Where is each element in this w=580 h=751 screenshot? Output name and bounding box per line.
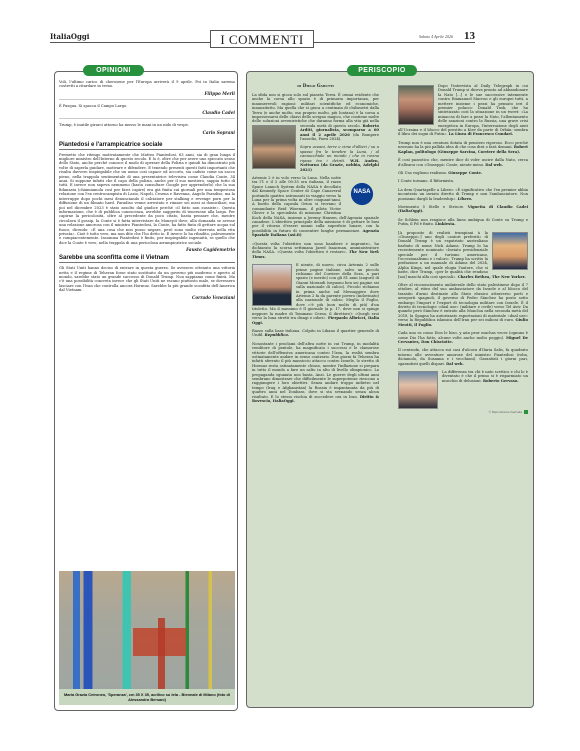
article-heading: Sarebbe una sconfitta come il Vietnam: [59, 255, 235, 263]
quote-item: Gli Usa vogliono realismo. Giuseppe Cont…: [398, 171, 528, 175]
opinioni-tab: OPINIONI: [83, 65, 144, 76]
quote-item: La differenza tra chi è nato scettico e …: [398, 370, 528, 383]
opinion-text: È Pasqua. Si spacca il Campo Largo.: [59, 104, 235, 108]
opinion-author: Carlo Soprani: [59, 130, 235, 135]
quote-item: NASA Artemis 2 è in volo verso la Luna. …: [252, 176, 379, 238]
copyright-notice: © Riproduzione riservata: [398, 410, 528, 414]
opinion-item: Voli, l'ultimo carico di cherosene per l…: [59, 80, 235, 100]
article-author: Fausto Cagidemetrio: [59, 247, 235, 252]
opinion-item: È Pasqua. Si spacca il Campo Largo. Clau…: [59, 104, 235, 119]
page-number: 13: [462, 30, 475, 42]
photo-trump: [492, 232, 528, 270]
quote-item: I Conte tornano. il Riformista.: [398, 179, 528, 183]
author-photo-arditi: [252, 125, 296, 169]
quote-item: La dem Quartapelle a Libero: «È signific…: [398, 188, 528, 201]
periscopio-panel: di Diego Gabutti La sfida non si gioca s…: [246, 71, 534, 708]
quote-item: Cada uno es como Dios le hizo, y aún peo…: [398, 331, 528, 344]
article-heading: Piantedosi e l'arrampicatrice sociale: [59, 142, 235, 150]
article-body: Premetto che ritengo motivatamente che M…: [59, 153, 235, 246]
quote-item: Dopo l'intervista al Daily Telegraph in …: [398, 84, 528, 137]
periscopio-column-right: Dopo l'intervista al Daily Telegraph in …: [398, 84, 528, 414]
opinion-text: Trump, è inutile girarci attorno ha mess…: [59, 123, 235, 127]
opinion-author: Claudio Cadei: [59, 110, 235, 115]
quote-item: La sfida non si gioca solo sul pianeta T…: [252, 93, 379, 141]
section-title: I COMMENTI: [210, 30, 314, 48]
article-body: Gli Stati Uniti hanno deciso di entrare …: [59, 266, 235, 292]
nasa-logo-icon: NASA: [345, 177, 379, 211]
periscopio-tab: PERISCOPIO: [347, 65, 417, 76]
opinion-item: Trump, è inutile girarci attorno ha mess…: [59, 123, 235, 137]
photo-tusk: [398, 85, 434, 125]
author-photo-albricci: [252, 264, 292, 306]
quote-item: Movimento 5 Stelle e Striscie. Vignetta …: [398, 205, 528, 214]
opinioni-panel: Voli, l'ultimo carico di cherosene per l…: [54, 71, 238, 711]
painting-image: [59, 571, 235, 689]
quote-item: «Questa volta l'obiettivo non sono bandi…: [252, 242, 379, 260]
newspaper-logo: ItaliaOggi: [50, 32, 92, 41]
article-author: Corrado Veneziani: [59, 295, 235, 300]
issue-date: Sabato 4 Aprile 2026: [417, 34, 455, 39]
opinion-text: Voli, l'ultimo carico di cherosene per l…: [59, 80, 235, 89]
quote-item: E niente, di nuovo, circa Artemis 2 sull…: [252, 263, 379, 325]
masthead: ItaliaOggi I COMMENTI Sabato 4 Aprile 20…: [50, 28, 475, 58]
quote-item: È così pazzotico che, mentre dice di vol…: [398, 158, 528, 167]
periscopio-column-middle: di Diego Gabutti La sfida non si gioca s…: [252, 84, 379, 407]
byline: di Diego Gabutti: [252, 84, 379, 89]
author-photo-gervaso: [398, 371, 438, 409]
painting-caption: Maria Grazia Cetroneo, 'Speranza', cm 35…: [59, 689, 235, 705]
quote-item: Il centrodx, che attacca sui casi d'alco…: [398, 348, 528, 366]
quote-item: Se Schlein non reagisce alla linea ambig…: [398, 218, 528, 227]
quote-item: [A proposito di realisti trumpiani à la …: [398, 231, 528, 279]
quote-item: Nonostante i proclami dell'altra notte i…: [252, 342, 379, 404]
quote-item: Oltre al riconoscimento unilaterale dell…: [398, 283, 528, 327]
quote-item: Razzo sulla base italiana. Colpito in Li…: [252, 329, 379, 338]
quote-item: Trump non è una creatura dotata di pensi…: [398, 141, 528, 154]
opinion-author: Filippo Merli: [59, 91, 235, 96]
